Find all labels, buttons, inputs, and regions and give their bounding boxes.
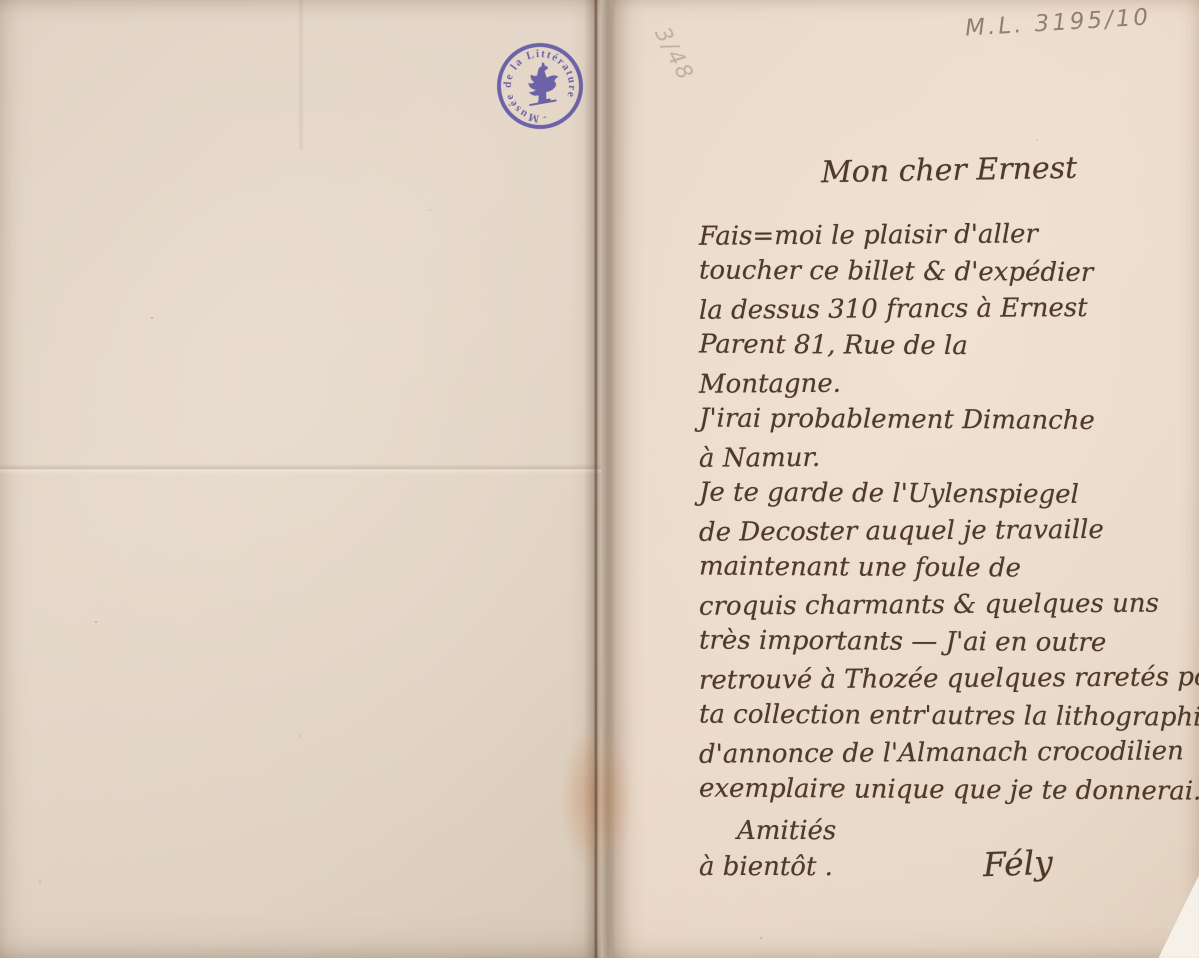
letter-body: Mon cher Ernest Fais=moi le plaisir d'al… — [699, 152, 1187, 884]
stamp-separator: - — [542, 110, 549, 123]
closing-a-bientot: à bientôt . — [699, 850, 833, 884]
letter-line: retrouvé à Thozée quelques raretés pour — [699, 659, 1187, 699]
rooster-icon — [522, 60, 563, 106]
letter-line: Fais=moi le plaisir d'aller — [699, 215, 1187, 255]
letter-line: la dessus 310 francs à Ernest — [699, 289, 1187, 329]
letter-line: maintenant une foule de — [699, 549, 1187, 589]
pencil-note: 3/48 — [649, 23, 698, 85]
letter-line: ta collection entr'autres la lithographi… — [699, 697, 1187, 737]
signature: Fély — [982, 846, 1053, 882]
letter-line: très importants — J'ai en outre — [699, 623, 1187, 663]
letter-line: de Decoster auquel je travaille — [699, 511, 1187, 551]
inventory-number: M.L. 3195/10 — [964, 4, 1151, 41]
museum-stamp: Musée de la Littérature - — [489, 35, 591, 137]
letter-line: à Namur. — [699, 437, 1187, 477]
letter-line: d'annonce de l'Almanach crocodilien — [699, 733, 1187, 773]
letter-line: exemplaire unique que je te donnerai. — [699, 771, 1187, 811]
vertical-crease — [298, 0, 304, 150]
letter-line: Parent 81, Rue de la — [699, 327, 1187, 367]
salutation: Mon cher Ernest — [821, 149, 1188, 190]
letter-line: J'irai probablement Dimanche — [699, 401, 1187, 441]
horizontal-crease — [0, 464, 601, 474]
letter-line: Montagne. — [699, 363, 1187, 403]
letter-line: Je te garde de l'Uylenspiegel — [699, 475, 1187, 515]
left-page: Musée de la Littérature - — [0, 0, 601, 958]
closing-amities: Amitiés — [737, 815, 1187, 847]
right-page: M.L. 3195/10 3/48 Mon cher Ernest Fais=m… — [613, 0, 1199, 958]
letter-line: croquis charmants & quelques uns — [699, 585, 1187, 625]
letter-line: toucher ce billet & d'expédier — [699, 253, 1187, 293]
fold-stain — [562, 728, 630, 868]
letter-scan: Musée de la Littérature - M.L. 3195/10 3… — [0, 0, 1199, 958]
